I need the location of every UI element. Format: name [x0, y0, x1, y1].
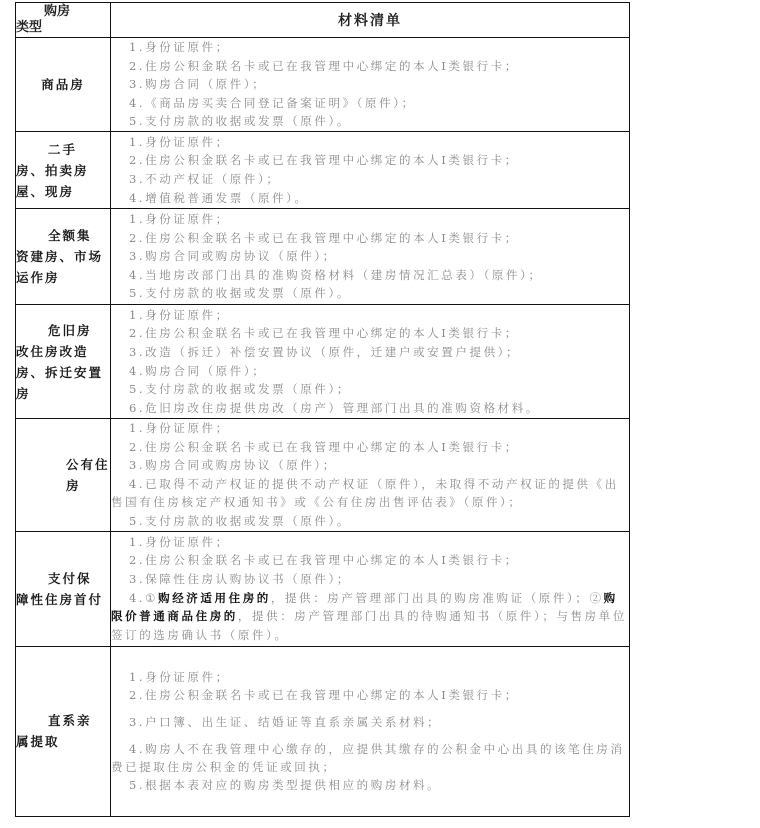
list-item: 3.不动产权证（原件）； [111, 170, 629, 189]
materials-cell: 1.身份证原件； 2.住房公积金联名卡或已在我管理中心绑定的本人I类银行卡； 3… [111, 531, 630, 646]
table-row-self-funded-housing: 全额集 资建房、市场运作房 1.身份证原件； 2.住房公积金联名卡或已在我管理中… [16, 209, 630, 305]
purchase-type-cell: 全额集 资建房、市场运作房 [16, 209, 111, 305]
list-item: 3.保障性住房认购协议书（原件）； [111, 570, 629, 589]
list-item: 5.支付房款的收据或发票（原件）； [111, 380, 629, 399]
table-row-direct-relative-withdrawal: 直系亲 属提取 1.身份证原件； 2.住房公积金联名卡或已在我管理中心绑定的本人… [16, 646, 630, 816]
list-item: 1.身份证原件； [111, 419, 629, 438]
list-item: 2.住房公积金联名卡或已在我管理中心绑定的本人I类银行卡； [111, 229, 629, 248]
list-item: 2.住房公积金联名卡或已在我管理中心绑定的本人I类银行卡； [111, 151, 629, 170]
materials-cell: 1.身份证原件； 2.住房公积金联名卡或已在我管理中心绑定的本人I类银行卡； 3… [111, 38, 630, 132]
materials-cell: 1.身份证原件； 2.住房公积金联名卡或已在我管理中心绑定的本人I类银行卡； 3… [111, 646, 630, 816]
purchase-type-cell: 二手 房、拍卖房屋、现房 [16, 132, 111, 209]
list-item: 5.根据本表对应的购房类型提供相应的购房材料。 [111, 776, 629, 794]
list-item: 5.支付房款的收据或发票（原件）。 [111, 112, 629, 131]
list-item: 4.当地房改部门出具的准购资格材料（建房情况汇总表）（原件）； [111, 266, 629, 285]
header-materials-list: 材料清单 [111, 3, 630, 38]
purchase-type-cell: 商品房 [16, 38, 111, 132]
list-item: 2.住房公积金联名卡或已在我管理中心绑定的本人I类银行卡； [111, 686, 629, 704]
list-item: 3.购房合同或购房协议（原件）； [111, 456, 629, 475]
table-row-commercial-housing: 商品房 1.身份证原件； 2.住房公积金联名卡或已在我管理中心绑定的本人I类银行… [16, 38, 630, 132]
purchase-type-cell: 支付保 障性住房首付 [16, 531, 111, 646]
purchase-type-cell: 危旧房 改住房改造房、拆迁安置房 [16, 305, 111, 419]
list-item: 4.《商品房买卖合同登记备案证明》（原件）； [111, 94, 629, 113]
materials-cell: 1.身份证原件； 2.住房公积金联名卡或已在我管理中心绑定的本人I类银行卡； 3… [111, 132, 630, 209]
list-item: 3.购房合同或购房协议（原件）； [111, 247, 629, 266]
list-item: 2.住房公积金联名卡或已在我管理中心绑定的本人I类银行卡； [111, 57, 629, 76]
list-item: 2.住房公积金联名卡或已在我管理中心绑定的本人I类银行卡； [111, 324, 629, 343]
list-item: 2.住房公积金联名卡或已在我管理中心绑定的本人I类银行卡； [111, 438, 629, 457]
purchase-type-cell: 公有住 房 [16, 419, 111, 532]
materials-cell: 1.身份证原件； 2.住房公积金联名卡或已在我管理中心绑定的本人I类银行卡； 3… [111, 419, 630, 532]
list-item: 4.购房合同（原件）； [111, 362, 629, 381]
materials-table: 购房 类型 材料清单 商品房 1.身份证原件； 2.住房公积金联名卡或已在我管理… [15, 2, 630, 817]
list-item: 5.支付房款的收据或发票（原件）。 [111, 284, 629, 303]
table-row-renovation-relocation-housing: 危旧房 改住房改造房、拆迁安置房 1.身份证原件； 2.住房公积金联名卡或已在我… [16, 305, 630, 419]
table-row-public-housing: 公有住 房 1.身份证原件； 2.住房公积金联名卡或已在我管理中心绑定的本人I类… [16, 419, 630, 532]
list-item: 1.身份证原件； [111, 306, 629, 325]
list-item: 4.购房人不在我管理中心缴存的，应提供其缴存的公积金中心出具的该笔住房消费已提取… [111, 740, 629, 776]
table-row-second-hand-housing: 二手 房、拍卖房屋、现房 1.身份证原件； 2.住房公积金联名卡或已在我管理中心… [16, 132, 630, 209]
list-item: 3.购房合同（原件）； [111, 75, 629, 94]
list-item: 6.危旧房改住房提供房改（房产）管理部门出具的准购资格材料。 [111, 399, 629, 418]
list-item: 1.身份证原件； [111, 210, 629, 229]
list-item: 5.支付房款的收据或发票（原件）。 [111, 512, 629, 531]
list-item: 4.增值税普通发票（原件）。 [111, 189, 629, 208]
list-item: 3.改造（拆迁）补偿安置协议（原件，迁建户或安置户提供）； [111, 343, 629, 362]
list-item: 1.身份证原件； [111, 533, 629, 552]
list-item: 2.住房公积金联名卡或已在我管理中心绑定的本人I类银行卡； [111, 551, 629, 570]
list-item: 3.户口簿、出生证、结婚证等直系亲属关系材料； [111, 713, 629, 731]
table-row-affordable-housing-down-payment: 支付保 障性住房首付 1.身份证原件； 2.住房公积金联名卡或已在我管理中心绑定… [16, 531, 630, 646]
list-item: 4.①购经济适用住房的，提供：房产管理部门出具的购房准购证（原件）；②购限价普通… [111, 589, 629, 645]
header-purchase-type: 购房 类型 [16, 3, 111, 38]
materials-cell: 1.身份证原件； 2.住房公积金联名卡或已在我管理中心绑定的本人I类银行卡； 3… [111, 209, 630, 305]
materials-cell: 1.身份证原件； 2.住房公积金联名卡或已在我管理中心绑定的本人I类银行卡； 3… [111, 305, 630, 419]
list-item: 1.身份证原件； [111, 668, 629, 686]
list-item: 1.身份证原件； [111, 133, 629, 152]
list-item: 4.已取得不动产权证的提供不动产权证（原件），未取得不动产权证的提供《出售国有住… [111, 475, 629, 512]
header-row: 购房 类型 材料清单 [16, 3, 630, 38]
purchase-type-cell: 直系亲 属提取 [16, 646, 111, 816]
list-item: 1.身份证原件； [111, 38, 629, 57]
